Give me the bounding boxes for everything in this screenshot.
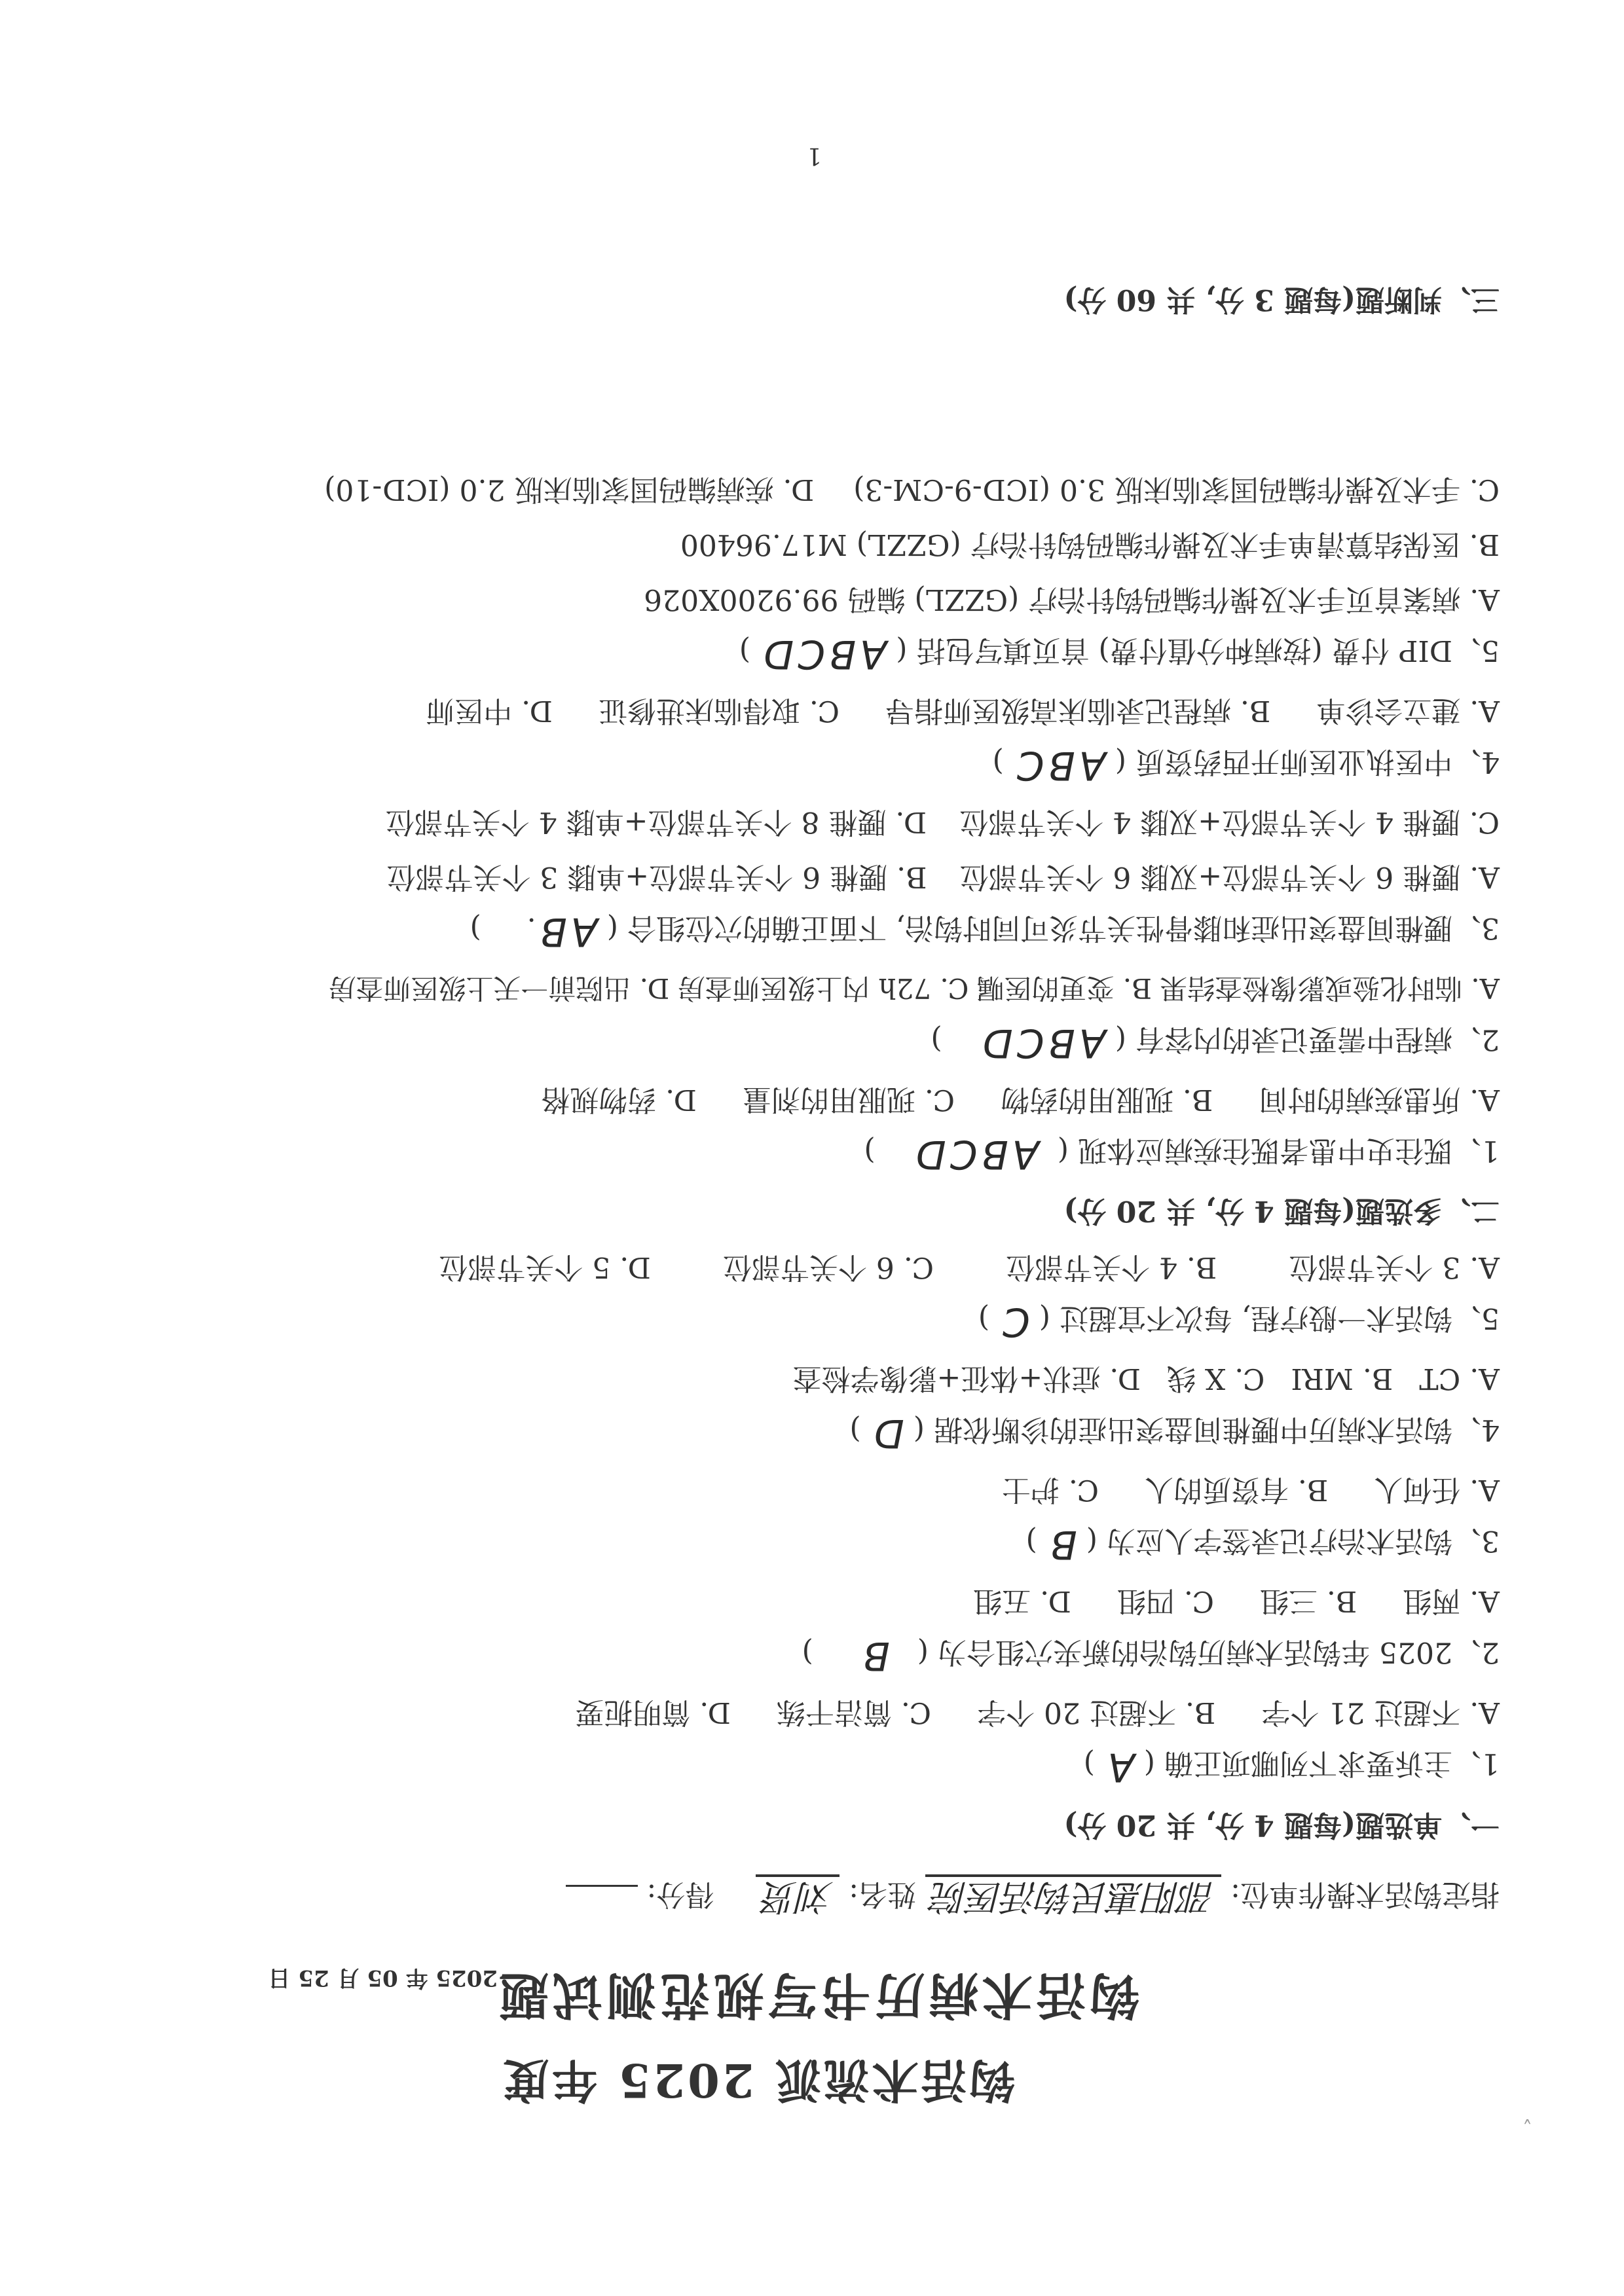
question-text: 2、病程中需要记录的内容有 (1135, 1023, 1500, 1056)
option: C. 腰椎 4 个关节部位+双膝 4 个关节部位 (959, 802, 1500, 841)
name-field[interactable]: 刘贤 (756, 1874, 840, 1916)
answer-field[interactable]: B (1046, 1522, 1077, 1567)
option: D. 五组 (973, 1581, 1071, 1620)
option: A. 任何人 (1374, 1470, 1500, 1509)
option: B. 不超过 20 个字 (977, 1692, 1215, 1732)
answer-field[interactable]: ABCD (979, 1020, 1106, 1066)
exam-title-year: 钩活术流派 2025 年度 (500, 2060, 1015, 2100)
unit-field[interactable]: 邵阳惠民钩活医院 (925, 1874, 1221, 1916)
option: A. 两组 (1403, 1581, 1500, 1620)
answer-field[interactable]: B (859, 1633, 890, 1679)
question-text: 4、钩活术病历中腰椎间盘突出症的诊断依据 (934, 1413, 1500, 1446)
name-label: 姓名: (849, 1878, 916, 1911)
score-label: 得分: (647, 1878, 714, 1911)
question-text: 3、钩活术治疗记录签字人应为 (1107, 1524, 1500, 1558)
option: D. 疾病编码国家临床版 2.0 (ICD-10) (324, 469, 814, 509)
option: D. 腰椎 8 个关节部位+单膝 4 个关节部位 (386, 802, 927, 841)
question-options: A. 不超过 21 个字B. 不超过 20 个字C. 简洁干练D. 简明扼要 (529, 1692, 1500, 1732)
option: A. 腰椎 6 个关节部位+双膝 6 个关节部位 (959, 857, 1500, 896)
option: C. 手术及操作编码国家临床版 3.0 (ICD-9-CM-3) (853, 469, 1500, 509)
option: C. 6 个关节部位 (723, 1247, 934, 1286)
option: A. 3 个关节部位 (1289, 1247, 1500, 1286)
answer-field[interactable]: A (1104, 1744, 1135, 1790)
question-text: 1、既往史中患者既往疾病应体现 (1078, 1134, 1500, 1167)
option: A. 所患疾病的时间 (1259, 1080, 1500, 1119)
option: B. 4 个关节部位 (1006, 1247, 1217, 1286)
question-options: A. 腰椎 6 个关节部位+双膝 6 个关节部位B. 腰椎 6 个关节部位+单膝… (341, 857, 1500, 896)
question-stem: 2、2025 年钩活术病历钩治的新夹穴组合为 ( B ) (802, 1632, 1500, 1675)
question-stem: 2、病程中需要记录的内容有 ( ABCD ) (931, 1019, 1500, 1063)
option: C. X 线 (1167, 1358, 1264, 1398)
question-text: 1、主诉要求下列哪项正确 (1164, 1747, 1500, 1780)
question-text: 5、钩活术一般疗程, 每次不宜超过 (1060, 1302, 1500, 1335)
answer-field[interactable]: D (870, 1410, 904, 1456)
question-options: A. 两组B. 三组C. 四组D. 五组 (927, 1581, 1500, 1620)
option: C. 简洁干练 (777, 1692, 931, 1732)
answer-field[interactable]: C (999, 1299, 1030, 1345)
question-options: A. 建立会诊单B. 病程记录临床高级医师指导C. 取得临床进修证D. 中医师 (380, 691, 1500, 730)
section-scoring: (每题 4 分, 共 20 分) (1064, 1808, 1356, 1842)
option: B. 腰椎 6 个关节部位+单膝 3 个关节部位 (386, 857, 927, 896)
score-field[interactable] (566, 1885, 638, 1887)
option: D. 出院前一天上级医师查房 (328, 968, 669, 1008)
page-number: 1 (807, 136, 822, 175)
question-option: B. 医保结算清单手术及操作编码钩针治疗 (GZZL) M17.96400 (680, 524, 1500, 564)
answer-field[interactable]: ABCD (760, 631, 887, 677)
option: D. 简明扼要 (575, 1692, 731, 1732)
question-options: A. 3 个关节部位B. 4 个关节部位C. 6 个关节部位D. 5 个关节部位 (393, 1247, 1500, 1286)
question-options: A. 临时化验或影像检查结果B. 变更的医嘱C. 72h 内上级医师查房D. 出… (328, 968, 1500, 1008)
answer-field[interactable]: ABC (1013, 742, 1106, 788)
question-stem: 1、既往史中患者既往疾病应体现 ( ABCD ) (864, 1131, 1500, 1174)
question-stem: 4、钩活术病历中腰椎间盘突出症的诊断依据 ( D ) (850, 1410, 1500, 1453)
option: B. 有资质的人 (1145, 1470, 1328, 1509)
section-title: 二、多选题 (1356, 1194, 1500, 1228)
question-options: A. 所患疾病的时间B. 现服用的药物C. 现服用的剂量D. 药物规格 (495, 1080, 1500, 1119)
option: D. 药物规格 (541, 1080, 697, 1119)
answer-field[interactable]: AB (536, 909, 598, 955)
question-stem: 5、DIP 付费 (按病种分值付费) 首页填写包括 ( ABCD ) (739, 630, 1500, 674)
exam-title: 钩活术病历书写规范测试题 (495, 1975, 1139, 2014)
option: A. CT (1419, 1358, 1500, 1398)
question-stem: 4、中医执业医师开西药资质 ( ABC ) (993, 742, 1500, 785)
question-stem: 5、钩活术一般疗程, 每次不宜超过 ( C ) (978, 1298, 1500, 1341)
option: B. 现服用的药物 (1001, 1080, 1213, 1119)
option: D. 症状+体征+影像学检查 (793, 1358, 1141, 1398)
section-heading: 二、多选题(每题 4 分, 共 20 分) (1064, 1191, 1500, 1230)
answer-field[interactable]: ABCD (912, 1131, 1039, 1177)
question-stem: 3、腰椎间盘突出症和膝骨性关节炎可同时钩治, 下面正确的穴位组合 ( AB. ) (470, 908, 1500, 951)
unit-label: 指定钩活术操作单位: (1230, 1878, 1500, 1911)
question-text: 5、DIP 付费 (按病种分值付费) 首页填写包括 (916, 634, 1500, 667)
question-options: C. 手术及操作编码国家临床版 3.0 (ICD-9-CM-3)D. 疾病编码国… (278, 469, 1500, 509)
question-text: 2、2025 年钩活术病历钩治的新夹穴组合为 (938, 1635, 1500, 1669)
option: B. MRI (1291, 1358, 1393, 1398)
option: A. 建立会诊单 (1316, 691, 1500, 730)
question-stem: 1、主诉要求下列哪项正确 ( A ) (1084, 1743, 1500, 1787)
option: B. 病程记录临床高级医师指导 (885, 691, 1270, 730)
section-scoring: (每题 4 分, 共 20 分) (1064, 1194, 1356, 1228)
scan-artifact-mark: ˅ (1522, 2103, 1532, 2126)
option: C. 护士 (1002, 1470, 1099, 1509)
exam-page: 钩活术流派 2025 年度 钩活术病历书写规范测试题 2025 年 05 月 2… (0, 0, 1624, 2296)
section-scoring: (每题 3 分, 共 60 分) (1064, 283, 1356, 316)
option: D. 5 个关节部位 (439, 1247, 651, 1286)
option: C. 四组 (1117, 1581, 1214, 1620)
exam-info-line: 指定钩活术操作单位: 邵阳惠民钩活医院 姓名: 刘贤 得分: (566, 1874, 1500, 1916)
question-text: 3、腰椎间盘突出症和膝骨性关节炎可同时钩治, 下面正确的穴位组合 (627, 911, 1500, 945)
option: B. 变更的医嘱 (976, 968, 1152, 1008)
option: A. 临时化验或影像检查结果 (1160, 968, 1500, 1008)
option: C. 现服用的剂量 (743, 1080, 955, 1119)
question-stem: 3、钩活术治疗记录签字人应为 ( B ) (1026, 1521, 1500, 1564)
exam-date: 2025 年 05 月 25 日 (268, 1958, 498, 1997)
option: B. 三组 (1260, 1581, 1357, 1620)
option: C. 取得临床进修证 (599, 691, 840, 730)
question-options: A. CTB. MRIC. X 线D. 症状+体征+影像学检查 (747, 1358, 1500, 1398)
section-heading: 一、单选题(每题 4 分, 共 20 分) (1064, 1805, 1500, 1844)
section-title: 三、判断题 (1356, 283, 1500, 316)
option: A. 不超过 21 个字 (1261, 1692, 1500, 1732)
question-options: A. 任何人B. 有资质的人C. 护士 (956, 1470, 1500, 1509)
question-options: C. 腰椎 4 个关节部位+双膝 4 个关节部位D. 腰椎 8 个关节部位+单膝… (340, 802, 1500, 841)
section-title: 一、单选题 (1356, 1808, 1500, 1842)
option: D. 中医师 (426, 691, 553, 730)
question-option: A. 病案首页手术及操作编码钩针治疗 (GZZL) 编码 99.9200X026 (644, 579, 1500, 619)
option: C. 72h 内上级医师查房 (677, 968, 969, 1008)
section-heading: 三、判断题(每题 3 分, 共 60 分) (1064, 280, 1500, 319)
question-text: 4、中医执业医师开西药资质 (1135, 745, 1500, 778)
